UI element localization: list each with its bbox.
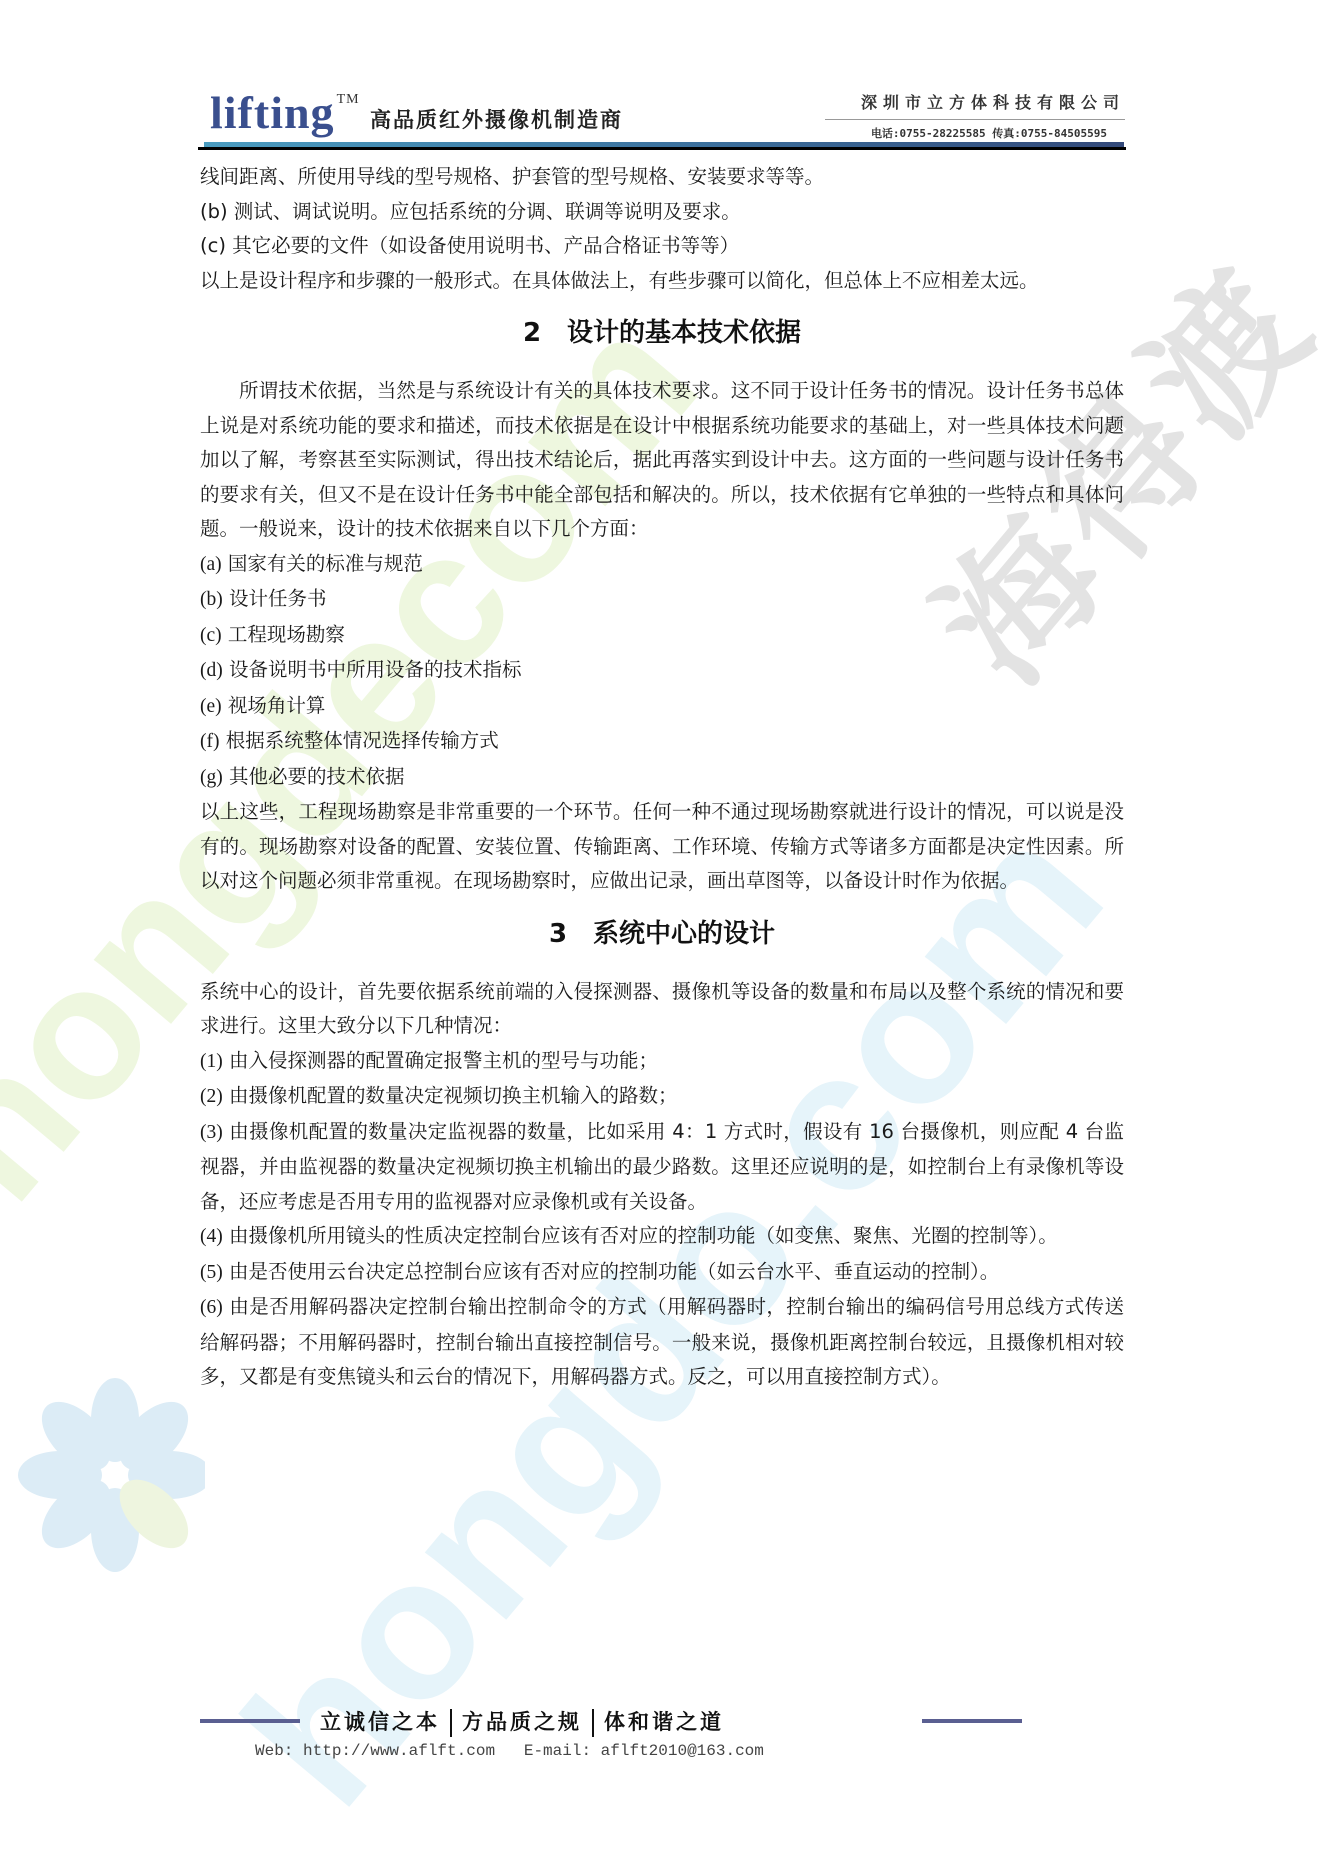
- list-item: (d) 设备说明书中所用设备的技术指标: [200, 653, 1124, 689]
- motto-3: 体和谐之道: [604, 1710, 724, 1734]
- paragraph: 所谓技术依据，当然是与系统设计有关的具体技术要求。这不同于设计任务书的情况。设计…: [200, 374, 1124, 547]
- motto-1: 立诚信之本: [320, 1710, 440, 1734]
- list-item: (g) 其他必要的技术依据: [200, 760, 1124, 796]
- list-label: (6): [200, 1297, 223, 1318]
- paragraph: 系统中心的设计，首先要依据系统前端的入侵探测器、摄像机等设备的数量和布局以及整个…: [200, 975, 1124, 1044]
- list-label: (d): [200, 660, 223, 681]
- logo: liftingTM: [210, 86, 360, 139]
- list-text: 由摄像机配置的数量决定视频切换主机输入的路数；: [229, 1084, 678, 1107]
- list-item: (c) 工程现场勘察: [200, 618, 1124, 654]
- list-text: 由是否用解码器决定控制台输出控制命令的方式（用解码器时，控制台输出的编码信号用总…: [200, 1295, 1124, 1388]
- watermark-flower-icon: [15, 1375, 205, 1575]
- list-item: (a) 国家有关的标准与规范: [200, 547, 1124, 583]
- section-heading-3: 3 系统中心的设计: [200, 917, 1124, 951]
- list-item: (3) 由摄像机配置的数量决定监视器的数量，比如采用 4：1 方式时，假设有 1…: [200, 1115, 1124, 1220]
- paragraph: (c) 其它必要的文件（如设备使用说明书、产品合格证书等等）: [200, 229, 1124, 264]
- list-text: 由入侵探测器的配置确定报警主机的型号与功能；: [229, 1049, 658, 1072]
- paragraph: 线间距离、所使用导线的型号规格、护套管的型号规格、安装要求等等。: [200, 160, 1124, 195]
- paragraph: 以上是设计程序和步骤的一般形式。在具体做法上，有些步骤可以简化，但总体上不应相差…: [200, 264, 1124, 299]
- list-item: (b) 设计任务书: [200, 582, 1124, 618]
- list-label: (f): [200, 731, 219, 752]
- list-label: (5): [200, 1262, 223, 1283]
- list-label: (e): [200, 696, 222, 717]
- paragraph: 以上这些，工程现场勘察是非常重要的一个环节。任何一种不通过现场勘察就进行设计的情…: [200, 795, 1124, 899]
- section-heading-2: 2 设计的基本技术依据: [200, 316, 1124, 350]
- list-item: (4) 由摄像机所用镜头的性质决定控制台应该有否对应的控制功能（如变焦、聚焦、光…: [200, 1219, 1124, 1255]
- list-label: (2): [200, 1086, 223, 1107]
- list-text: 设备说明书中所用设备的技术指标: [229, 658, 522, 681]
- list-label: (g): [200, 767, 223, 788]
- company-divider: [825, 119, 1125, 120]
- list-item: (2) 由摄像机配置的数量决定视频切换主机输入的路数；: [200, 1079, 1124, 1115]
- motto-2: 方品质之规: [462, 1710, 582, 1734]
- motto-divider: [592, 1709, 594, 1737]
- list-text: 国家有关的标准与规范: [228, 552, 423, 575]
- motto-divider: [450, 1709, 452, 1737]
- company-name: 深圳市立方体科技有限公司: [861, 90, 1125, 113]
- list-text: 根据系统整体情况选择传输方式: [226, 729, 499, 752]
- list-label: (1): [200, 1051, 223, 1072]
- list-text: 由摄像机所用镜头的性质决定控制台应该有否对应的控制功能（如变焦、聚焦、光圈的控制…: [229, 1224, 1058, 1247]
- footer-rule-right: [922, 1719, 1022, 1723]
- list-text: 由摄像机配置的数量决定监视器的数量，比如采用 4：1 方式时，假设有 16 台摄…: [200, 1120, 1124, 1213]
- list-label: (a): [200, 554, 222, 575]
- list-text: 其他必要的技术依据: [229, 765, 405, 788]
- trademark: TM: [337, 92, 360, 107]
- list-label: (3): [200, 1122, 223, 1143]
- list-item: (5) 由是否使用云台决定总控制台应该有否对应的控制功能（如云台水平、垂直运动的…: [200, 1255, 1124, 1291]
- contact-info: 电话:0755-28225585 传真:0755-84505595: [871, 125, 1107, 141]
- document-body: 线间距离、所使用导线的型号规格、护套管的型号规格、安装要求等等。 (b) 测试、…: [200, 160, 1124, 1395]
- list-label: (4): [200, 1226, 223, 1247]
- footer-rule-left: [200, 1719, 300, 1723]
- list-text: 视场角计算: [228, 694, 326, 717]
- logo-text: lifting: [210, 87, 335, 138]
- list-item: (1) 由入侵探测器的配置确定报警主机的型号与功能；: [200, 1044, 1124, 1080]
- list-text: 工程现场勘察: [228, 623, 345, 646]
- footer-contact: Web: http://www.aflft.com E-mail: aflft2…: [255, 1742, 764, 1760]
- list-item: (f) 根据系统整体情况选择传输方式: [200, 724, 1124, 760]
- list-text: 设计任务书: [229, 587, 327, 610]
- footer-motto: 立诚信之本方品质之规体和谐之道: [320, 1706, 724, 1737]
- list-item: (e) 视场角计算: [200, 689, 1124, 725]
- list-label: (b): [200, 589, 223, 610]
- list-text: 由是否使用云台决定总控制台应该有否对应的控制功能（如云台水平、垂直运动的控制）。: [229, 1260, 999, 1283]
- paragraph: (b) 测试、调试说明。应包括系统的分调、联调等说明及要求。: [200, 195, 1124, 230]
- header-rule-black: [198, 147, 1126, 150]
- list-item: (6) 由是否用解码器决定控制台输出控制命令的方式（用解码器时，控制台输出的编码…: [200, 1290, 1124, 1395]
- slogan: 高品质红外摄像机制造商: [370, 104, 623, 134]
- list-label: (c): [200, 625, 222, 646]
